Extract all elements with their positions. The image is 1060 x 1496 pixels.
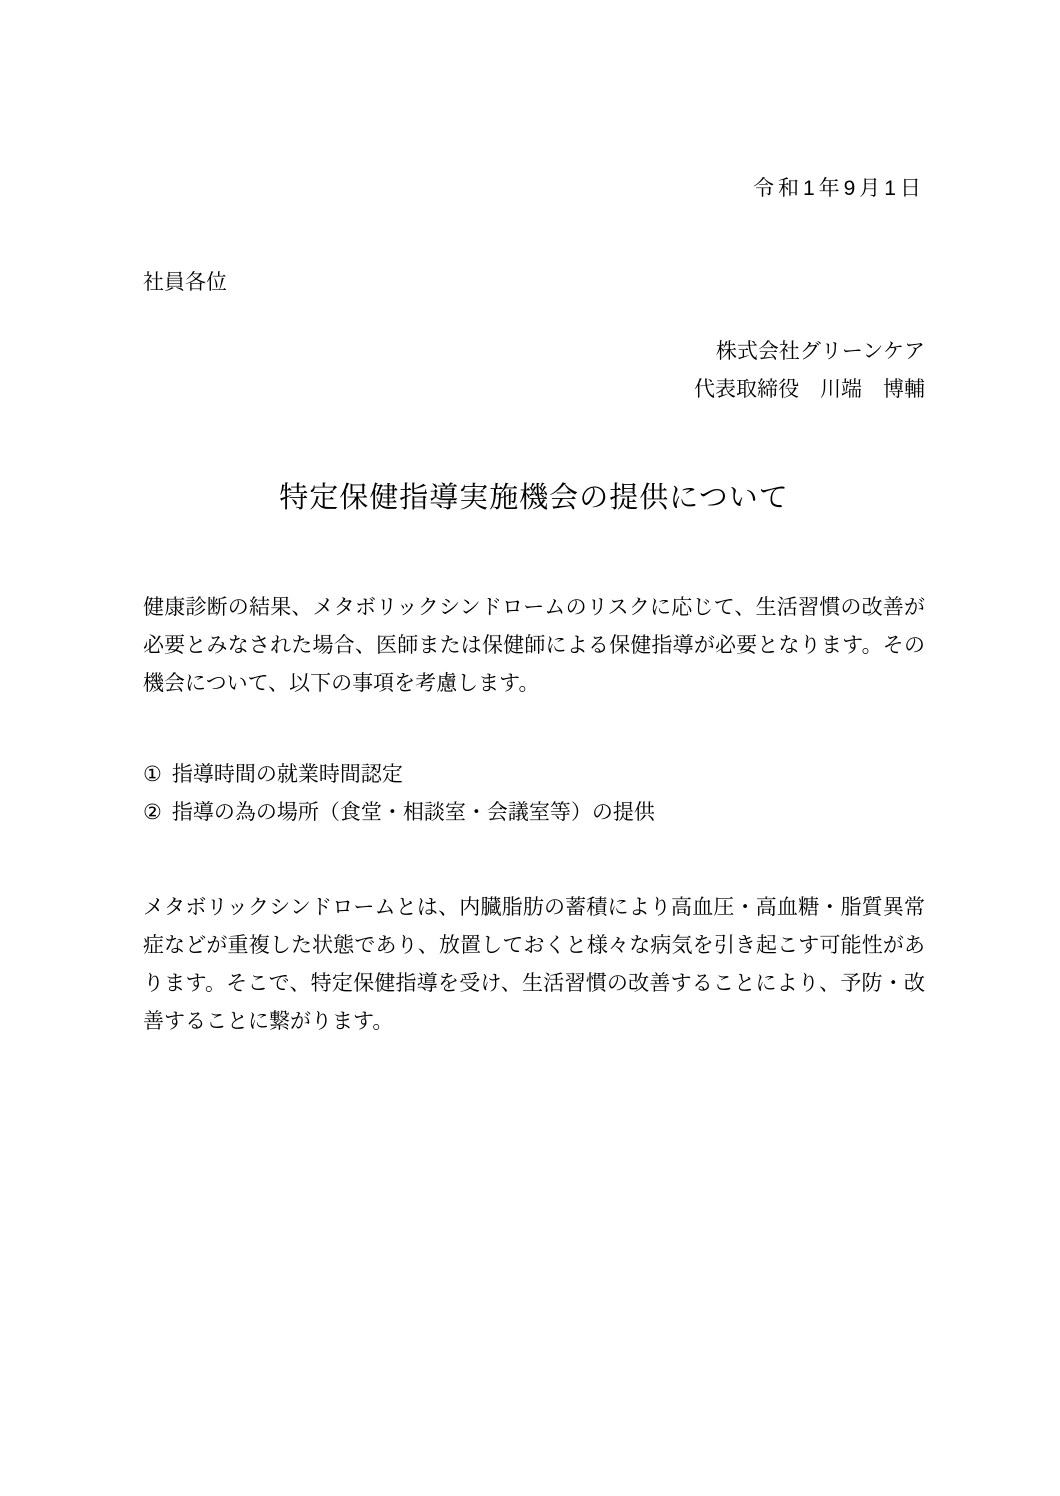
item-2-text: 指導の為の場所（食堂・相談室・会議室等）の提供 [172, 801, 655, 824]
list-item-1: ①指導時間の就業時間認定 [143, 756, 925, 794]
document-page: 令和1年9月1日 社員各位 株式会社グリーンケア 代表取締役 川端 博輔 特定保… [0, 0, 1060, 1496]
paragraph-intro: 健康診断の結果、メタボリックシンドロームのリスクに応じて、生活習慣の改善が必要と… [143, 589, 925, 703]
paragraph-explanation: メタボリックシンドロームとは、内臓脂肪の蓄積により高血圧・高血糖・脂質異常症など… [143, 889, 925, 1041]
list-item-2: ②指導の為の場所（食堂・相談室・会議室等）の提供 [143, 794, 925, 832]
item-1-text: 指導時間の就業時間認定 [172, 763, 403, 786]
recipient-line: 社員各位 [143, 264, 925, 302]
item-2-number: ② [143, 794, 162, 832]
company-name: 株式会社グリーンケア [143, 333, 925, 371]
document-title: 特定保健指導実施機会の提供について [143, 476, 925, 520]
document-date: 令和1年9月1日 [143, 170, 925, 208]
sender-name: 代表取締役 川端 博輔 [143, 371, 925, 409]
sender-block: 株式会社グリーンケア 代表取締役 川端 博輔 [143, 333, 925, 409]
item-list: ①指導時間の就業時間認定 ②指導の為の場所（食堂・相談室・会議室等）の提供 [143, 756, 925, 832]
item-1-number: ① [143, 756, 162, 794]
